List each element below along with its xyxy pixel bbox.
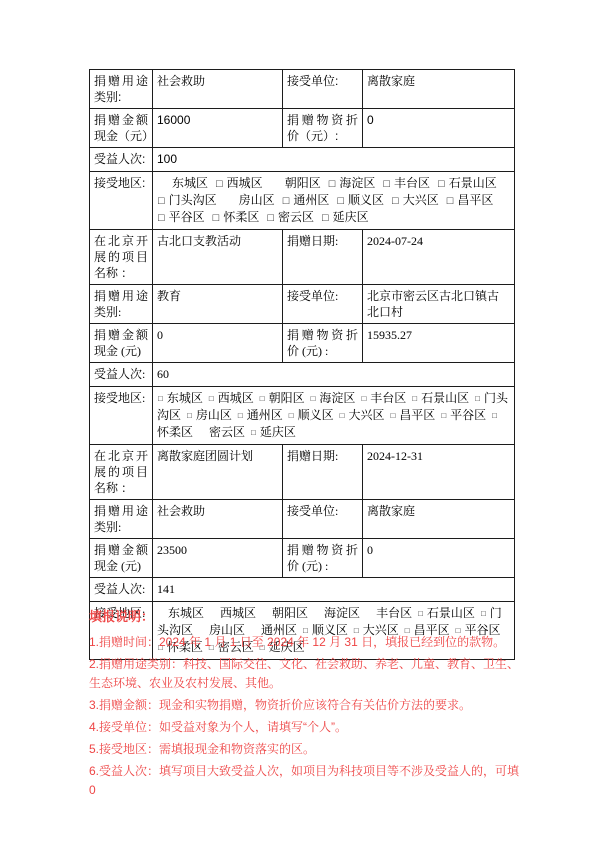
- checkbox-icon: □: [438, 176, 445, 192]
- checkbox-icon: □: [441, 408, 446, 424]
- table-row: 捐赠金额现金 (元) 23500 捐赠物资折价 (元) : 0: [90, 539, 515, 578]
- table-row: 捐赠金额现金 (元) 0 捐赠物资折价 (元) : 15935.27: [90, 324, 515, 363]
- table-row: 接受地区: □东城区□西城区□朝阳区□海淀区□丰台区□石景山区□门头沟区□房山区…: [90, 387, 515, 445]
- note-item-donation-amount: 3.捐赠金额：现金和实物捐赠，物资折价应该符合有关估价方法的要求。: [89, 696, 519, 715]
- donation-form-table: 捐赠用途类别: 社会救助 接受单位: 离散家庭 捐赠金额现金（元） 16000 …: [89, 69, 515, 660]
- district-label: 石景山区: [421, 391, 469, 405]
- cash-amount-value: 16000: [153, 109, 283, 148]
- checkbox-icon: □: [187, 408, 192, 424]
- checkbox-icon: □: [447, 193, 454, 209]
- checkbox-icon: □: [260, 391, 265, 407]
- note-item-receiver-unit: 4.接受单位：如受益对象为个人，请填写“个人”。: [89, 718, 519, 737]
- district-label: 门头沟区: [169, 193, 217, 207]
- district-label: 石景山区: [449, 176, 497, 190]
- district-label: 东城区: [167, 391, 203, 405]
- table-row: 捐赠用途类别: 社会救助 接受单位: 离散家庭: [90, 70, 515, 109]
- usage-category-value: 社会救助: [153, 70, 283, 109]
- checkbox-icon: □: [340, 408, 345, 424]
- checkbox-icon: □: [337, 193, 344, 209]
- table-row: 受益人次: 141: [90, 578, 515, 602]
- checkbox-icon: □: [383, 176, 390, 192]
- goods-value-value: 0: [363, 539, 515, 578]
- donation-date-label: 捐赠日期:: [283, 230, 363, 285]
- checkbox-icon: □: [158, 391, 163, 407]
- receiver-unit-label: 接受单位:: [283, 70, 363, 109]
- district-label: 密云区: [278, 210, 314, 224]
- region-districts-cell: 东城区□西城区朝阳区□海淀区□丰台区□石景山区□门头沟区房山区□通州区□顺义区□…: [153, 172, 515, 230]
- district-label: 怀柔区: [223, 210, 259, 224]
- cash-amount-value: 0: [153, 324, 283, 363]
- district-label: 朝阳区: [269, 391, 305, 405]
- receiver-unit-value: 离散家庭: [363, 500, 515, 539]
- note-item-usage-category: 2.捐赠用途类别：科技、国际交往、文化、社会救助、养老、儿童、教育、卫生、生态环…: [89, 655, 519, 693]
- district-label: 大兴区: [348, 408, 384, 422]
- district-checkbox-list: □东城区□西城区□朝阳区□海淀区□丰台区□石景山区□门头沟区□房山区□通州区□顺…: [157, 391, 508, 439]
- project-name-value: 离散家庭团圆计划: [153, 445, 283, 500]
- goods-value-label: 捐赠物资折价 (元) :: [283, 539, 363, 578]
- district-label: 昌平区: [399, 408, 435, 422]
- goods-value-value: 0: [363, 109, 515, 148]
- document-page: 捐赠用途类别: 社会救助 接受单位: 离散家庭 捐赠金额现金（元） 16000 …: [0, 0, 602, 851]
- checkbox-icon: □: [267, 210, 274, 226]
- checkbox-icon: □: [289, 408, 294, 424]
- cash-amount-value: 23500: [153, 539, 283, 578]
- checkbox-icon: □: [329, 176, 336, 192]
- notes-section: 填报说明： 1.捐赠时间：2024 年 1 月 1 日至 2024 年 12 月…: [89, 608, 519, 803]
- checkbox-icon: □: [492, 408, 497, 424]
- receiver-unit-value: 北京市密云区古北口镇古北口村: [363, 285, 515, 324]
- district-label: 海淀区: [319, 391, 355, 405]
- beneficiaries-value: 60: [153, 363, 515, 387]
- district-label: 大兴区: [403, 193, 439, 207]
- checkbox-icon: □: [238, 408, 243, 424]
- table-row: 受益人次: 60: [90, 363, 515, 387]
- region-districts-cell: □东城区□西城区□朝阳区□海淀区□丰台区□石景山区□门头沟区□房山区□通州区□顺…: [153, 387, 515, 445]
- district-label: 西城区: [227, 176, 263, 190]
- district-label: 东城区: [172, 176, 208, 190]
- district-checkbox-list: 东城区□西城区朝阳区□海淀区□丰台区□石景山区□门头沟区房山区□通州区□顺义区□…: [157, 176, 504, 224]
- donation-date-value: 2024-07-24: [363, 230, 515, 285]
- district-label: 顺义区: [348, 193, 384, 207]
- checkbox-icon: □: [216, 176, 223, 192]
- table-row: 捐赠用途类别: 教育 接受单位: 北京市密云区古北口镇古北口村: [90, 285, 515, 324]
- table-row: 在北京开展的项目名称 ： 古北口支教活动 捐赠日期: 2024-07-24: [90, 230, 515, 285]
- cash-amount-label: 捐赠金额现金 (元): [90, 324, 153, 363]
- usage-category-value: 社会救助: [153, 500, 283, 539]
- note-item-donation-time: 1.捐赠时间：2024 年 1 月 1 日至 2024 年 12 月 31 日，…: [89, 633, 519, 652]
- checkbox-icon: □: [361, 391, 366, 407]
- usage-category-label: 捐赠用途类别:: [90, 70, 153, 109]
- region-label: 接受地区:: [90, 172, 153, 230]
- beneficiaries-label: 受益人次:: [90, 148, 153, 172]
- district-label: 延庆区: [333, 210, 369, 224]
- district-label: 朝阳区: [285, 176, 321, 190]
- district-label: 房山区: [239, 193, 275, 207]
- receiver-unit-label: 接受单位:: [283, 500, 363, 539]
- usage-category-label: 捐赠用途类别:: [90, 500, 153, 539]
- checkbox-icon: □: [322, 210, 329, 226]
- district-label: 通州区: [247, 408, 283, 422]
- table-row: 受益人次: 100: [90, 148, 515, 172]
- checkbox-icon: □: [392, 193, 399, 209]
- district-label: 海淀区: [339, 176, 375, 190]
- district-label: 丰台区: [370, 391, 406, 405]
- project-name-label: 在北京开展的项目名称 ：: [90, 230, 153, 285]
- notes-title: 填报说明：: [89, 608, 519, 625]
- goods-value-label: 捐赠物资折价（元）:: [283, 109, 363, 148]
- district-label: 密云区: [209, 425, 245, 439]
- district-label: 延庆区: [260, 425, 296, 439]
- district-label: 房山区: [196, 408, 232, 422]
- goods-value-label: 捐赠物资折价 (元) :: [283, 324, 363, 363]
- checkbox-icon: □: [311, 391, 316, 407]
- checkbox-icon: □: [475, 391, 480, 407]
- cash-amount-label: 捐赠金额现金（元）: [90, 109, 153, 148]
- district-label: 平谷区: [169, 210, 205, 224]
- table-row: 捐赠金额现金（元） 16000 捐赠物资折价（元）: 0: [90, 109, 515, 148]
- checkbox-icon: □: [158, 210, 165, 226]
- table-row: 捐赠用途类别: 社会救助 接受单位: 离散家庭: [90, 500, 515, 539]
- note-item-beneficiaries: 6.受益人次：填写项目大致受益人次，如项目为科技项目等不涉及受益人的，可填 0: [89, 762, 519, 800]
- checkbox-icon: □: [412, 391, 417, 407]
- donation-date-label: 捐赠日期:: [283, 445, 363, 500]
- receiver-unit-value: 离散家庭: [363, 70, 515, 109]
- beneficiaries-value: 100: [153, 148, 515, 172]
- beneficiaries-label: 受益人次:: [90, 363, 153, 387]
- checkbox-icon: □: [158, 193, 165, 209]
- district-label: 昌平区: [457, 193, 493, 207]
- cash-amount-label: 捐赠金额现金 (元): [90, 539, 153, 578]
- table-row: 在北京开展的项目名称 ： 离散家庭团圆计划 捐赠日期: 2024-12-31: [90, 445, 515, 500]
- checkbox-icon: □: [209, 391, 214, 407]
- donation-date-value: 2024-12-31: [363, 445, 515, 500]
- project-name-label: 在北京开展的项目名称 ：: [90, 445, 153, 500]
- district-label: 西城区: [218, 391, 254, 405]
- beneficiaries-value: 141: [153, 578, 515, 602]
- project-name-value: 古北口支教活动: [153, 230, 283, 285]
- checkbox-icon: □: [213, 210, 220, 226]
- checkbox-icon: □: [251, 425, 256, 441]
- region-label: 接受地区:: [90, 387, 153, 445]
- usage-category-label: 捐赠用途类别:: [90, 285, 153, 324]
- district-label: 丰台区: [394, 176, 430, 190]
- district-label: 顺义区: [298, 408, 334, 422]
- district-label: 怀柔区: [157, 425, 193, 439]
- district-label: 通州区: [293, 193, 329, 207]
- goods-value-value: 15935.27: [363, 324, 515, 363]
- district-label: 平谷区: [450, 408, 486, 422]
- receiver-unit-label: 接受单位:: [283, 285, 363, 324]
- beneficiaries-label: 受益人次:: [90, 578, 153, 602]
- table-row: 接受地区: 东城区□西城区朝阳区□海淀区□丰台区□石景山区□门头沟区房山区□通州…: [90, 172, 515, 230]
- checkbox-icon: □: [390, 408, 395, 424]
- checkbox-icon: □: [283, 193, 290, 209]
- usage-category-value: 教育: [153, 285, 283, 324]
- note-item-receive-region: 5.接受地区：需填报现金和物资落实的区。: [89, 740, 519, 759]
